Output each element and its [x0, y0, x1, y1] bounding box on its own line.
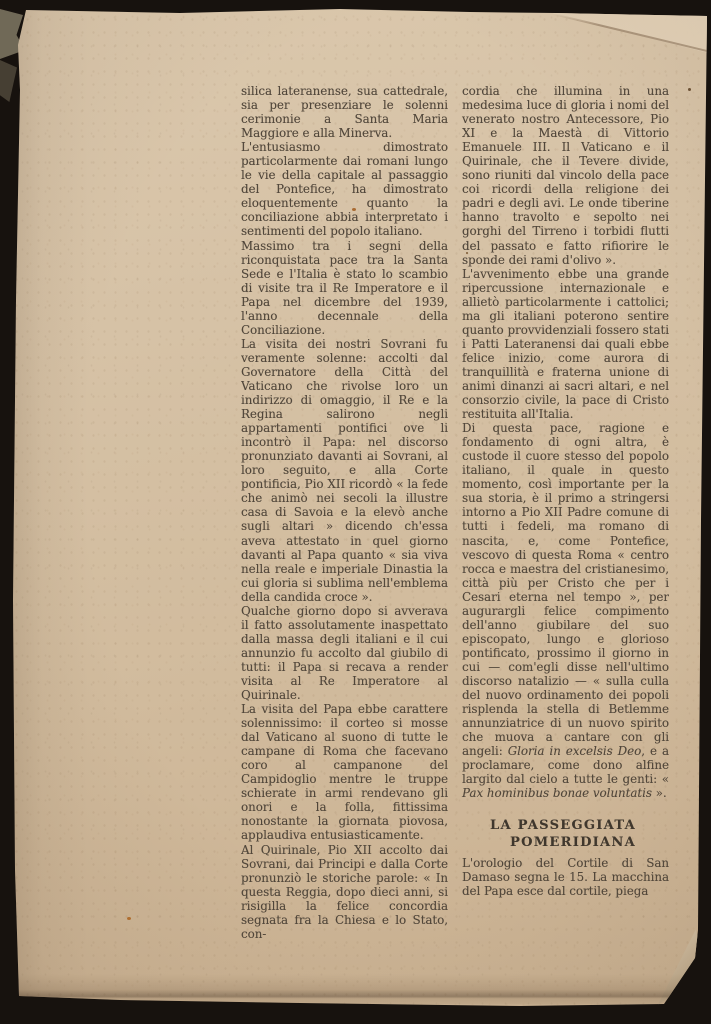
heading-line-2: POMERIDIANA — [462, 834, 636, 851]
paragraph: L'entusiasmo dimostrato particolarmente … — [241, 140, 448, 238]
heading-line-1: LA PASSEGGIATA — [462, 817, 636, 834]
fold-crease-line — [553, 13, 711, 53]
paragraph: Qualche giorno dopo si avverava il fatto… — [241, 604, 448, 702]
paragraph: cordia che illumina in una medesima luce… — [462, 84, 669, 267]
foxing-spot — [352, 208, 356, 211]
text-segment: , e a proclamare, come dono alfine largi… — [462, 744, 669, 786]
paragraph: La visita del Papa ebbe carattere solenn… — [241, 702, 448, 842]
paragraph: Di questa pace, ragione e fondamento di … — [462, 421, 669, 800]
paragraph: Al Quirinale, Pio XII accolto dai Sovran… — [241, 843, 448, 941]
fold-crease-top-right — [548, 9, 711, 56]
text-column-left: silica lateranense, sua cattedrale, sia … — [241, 84, 448, 944]
scanned-page: silica lateranense, sua cattedrale, sia … — [0, 0, 711, 1024]
text-column-right: cordia che illumina in una medesima luce… — [462, 84, 669, 944]
text-segment: ». — [652, 786, 667, 800]
foxing-spot — [127, 917, 131, 920]
paragraph: Massimo tra i segni della riconquistata … — [241, 239, 448, 337]
bottom-edge-shadow — [14, 974, 704, 1004]
foxing-spot — [688, 88, 691, 91]
torn-paper-fragment-bottom — [0, 60, 17, 102]
text-block: silica lateranense, sua cattedrale, sia … — [241, 84, 669, 944]
section-heading: LA PASSEGGIATA POMERIDIANA — [462, 817, 669, 851]
paragraph: silica lateranense, sua cattedrale, sia … — [241, 84, 448, 140]
latin-phrase: Gloria in excelsis Deo — [508, 744, 642, 758]
text-segment: Di questa pace, ragione e fondamento di … — [462, 421, 669, 758]
paragraph: L'avvenimento ebbe una grande ripercussi… — [462, 267, 669, 422]
paragraph: L'orologio del Cortile di San Damaso seg… — [462, 856, 669, 898]
paragraph: La visita dei nostri Sovrani fu verament… — [241, 337, 448, 604]
latin-phrase: Pax hominibus bonae voluntatis — [462, 786, 652, 800]
foxing-spot — [466, 252, 468, 254]
page-paper: silica lateranense, sua cattedrale, sia … — [0, 0, 711, 1024]
dog-ear-bottom-right — [652, 928, 711, 1008]
